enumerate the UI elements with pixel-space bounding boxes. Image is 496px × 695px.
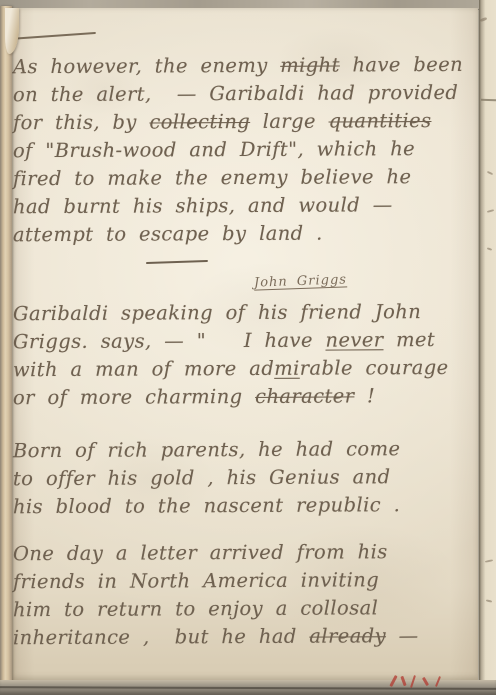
manuscript-text-segment: never — [325, 328, 383, 351]
manuscript-text-segment: Born of rich parents, he had come — [13, 437, 400, 462]
paragraph-quote-john-griggs: Garibaldi speaking of his friend JohnGri… — [13, 299, 476, 411]
manuscript-text-segment: quantities — [328, 109, 431, 133]
manuscript-text-segment: One day a letter arrived from his — [13, 540, 388, 565]
manuscript-line: As however, the enemy might have been — [13, 51, 476, 81]
manuscript-line: attempt to escape by land . — [13, 219, 476, 249]
manuscript-text-segment: of "Brush-wood and Drift", which he — [13, 137, 415, 162]
paragraph-letter-from-america: One day a letter arrived from hisfriends… — [13, 539, 476, 651]
manuscript-line: had burnt his ships, and would — — [13, 191, 476, 221]
edge-writing-fragment — [487, 171, 493, 175]
manuscript-line: his blood to the nascent republic . — [13, 491, 476, 521]
edge-writing-fragment — [480, 17, 488, 22]
manuscript-text-segment: have been — [340, 53, 463, 77]
manuscript-line: Garibaldi speaking of his friend John — [13, 298, 476, 328]
book-gutter-page-edges — [0, 6, 12, 682]
manuscript-photo: As however, the enemy might have beenon … — [0, 0, 496, 695]
edge-writing-fragment — [486, 599, 492, 602]
manuscript-text-segment: to offer his gold , his Genius and — [13, 465, 391, 490]
bottom-edge-shadow-line — [0, 686, 496, 690]
manuscript-text-segment: character — [255, 384, 354, 408]
manuscript-text-segment: friends in North America inviting — [13, 568, 379, 593]
manuscript-line: inheritance , but he had already — — [13, 622, 476, 652]
book-bottom-edge — [0, 680, 496, 695]
manuscript-text-segment: large — [250, 110, 329, 133]
manuscript-text-segment: As however, the enemy — [13, 54, 280, 78]
manuscript-text-segment: on the alert, — Garibaldi had provided — [13, 81, 458, 106]
manuscript-text-segment: for this, by — [13, 110, 150, 134]
manuscript-text-segment: or of more charming — [13, 385, 255, 409]
edge-writing-fragment — [487, 247, 492, 251]
manuscript-text-segment: had burnt his ships, and would — — [13, 193, 393, 218]
section-divider-stroke — [146, 260, 208, 264]
edge-writing-fragment — [487, 209, 494, 213]
manuscript-line: on the alert, — Garibaldi had provided — [13, 79, 476, 109]
manuscript-text-segment: with a man of more ad — [13, 357, 274, 381]
manuscript-text-segment: might — [280, 54, 340, 77]
annotation-john-griggs: John Griggs — [254, 272, 347, 290]
manuscript-line: One day a letter arrived from his — [13, 538, 476, 568]
paragraph-born-rich-parents: Born of rich parents, he had cometo offe… — [13, 436, 476, 520]
paragraph-garibaldi-ruse: As however, the enemy might have beenon … — [13, 52, 476, 248]
manuscript-line: for this, by collecting large quantities — [13, 107, 476, 137]
manuscript-text-segment: rable courage — [300, 356, 449, 380]
manuscript-line: him to return to enjoy a collosal — [13, 594, 476, 624]
manuscript-line: with a man of more admirable courage — [13, 354, 476, 384]
manuscript-line: Griggs. says, — " I have never met — [13, 326, 476, 356]
manuscript-text-segment: Garibaldi speaking of his friend John — [13, 300, 421, 325]
manuscript-page: As however, the enemy might have beenon … — [11, 8, 478, 680]
manuscript-line: to offer his gold , his Genius and — [13, 463, 476, 493]
manuscript-line: of "Brush-wood and Drift", which he — [13, 135, 476, 165]
manuscript-text-segment: his blood to the nascent republic . — [13, 493, 400, 518]
manuscript-text-segment: collecting — [149, 110, 250, 134]
manuscript-text-segment: inheritance , but he had — [13, 625, 309, 650]
manuscript-line: friends in North America inviting — [13, 566, 476, 596]
manuscript-text-segment: mi — [274, 357, 300, 380]
manuscript-text-segment: met — [383, 328, 435, 351]
manuscript-line: or of more charming character ! — [13, 382, 476, 412]
manuscript-text-segment: ! — [354, 384, 375, 407]
facing-page-rule-line — [481, 99, 496, 102]
manuscript-line: Born of rich parents, he had come — [13, 435, 476, 465]
manuscript-text-segment: him to return to enjoy a collosal — [13, 596, 378, 621]
manuscript-text-segment: attempt to escape by land . — [13, 222, 323, 247]
manuscript-line: fired to make the enemy believe he — [13, 163, 476, 193]
carryover-pen-stroke — [8, 32, 96, 40]
edge-writing-fragment — [485, 559, 493, 563]
facing-page-fore-edge — [479, 0, 496, 683]
manuscript-text-segment: fired to make the enemy believe he — [13, 165, 412, 190]
manuscript-text-segment: already — [309, 624, 386, 647]
manuscript-text-segment: Griggs. says, — " I have — [13, 329, 326, 354]
manuscript-text-segment: — — [386, 624, 419, 647]
